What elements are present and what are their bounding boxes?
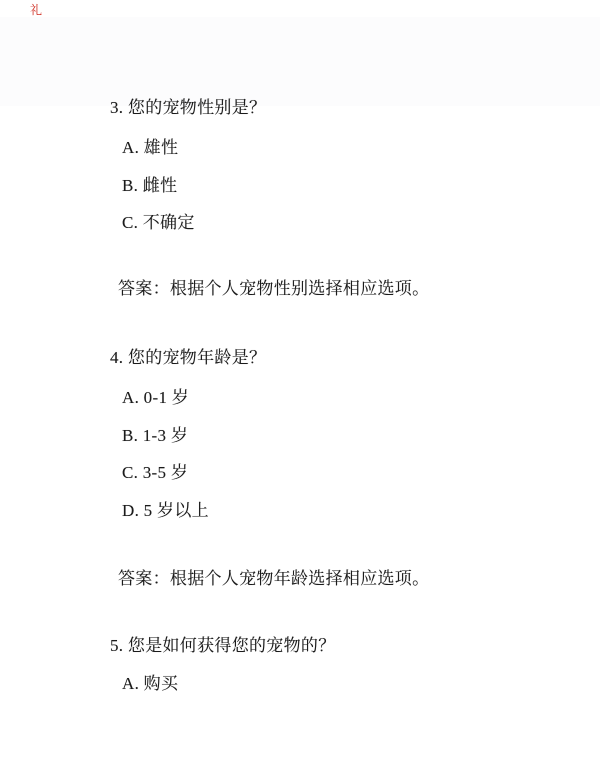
question-3-title: 3. 您的宠物性别是？	[110, 99, 266, 116]
question-5-title: 5. 您是如何获得您的宠物的？	[110, 637, 336, 654]
red-stamp-icon: 礼	[30, 4, 42, 16]
document-page: 礼 3. 您的宠物性别是？ A. 雄性 B. 雌性 C. 不确定 答案：根据个人…	[0, 0, 600, 776]
question-5-option-a: A. 购买	[122, 675, 178, 692]
question-4-option-a: A. 0-1 岁	[122, 389, 189, 406]
question-4-option-b: B. 1-3 岁	[122, 427, 188, 444]
question-4-option-d: D. 5 岁以上	[122, 502, 209, 519]
question-4-option-c: C. 3-5 岁	[122, 464, 188, 481]
question-3-option-b: B. 雌性	[122, 177, 177, 194]
question-4-title: 4. 您的宠物年龄是？	[110, 349, 266, 366]
scan-shading-band	[0, 17, 600, 106]
question-3-answer: 答案：根据个人宠物性别选择相应选项。	[118, 280, 429, 297]
question-4-answer: 答案：根据个人宠物年龄选择相应选项。	[118, 570, 429, 587]
question-3-option-c: C. 不确定	[122, 214, 195, 231]
question-3-option-a: A. 雄性	[122, 139, 178, 156]
